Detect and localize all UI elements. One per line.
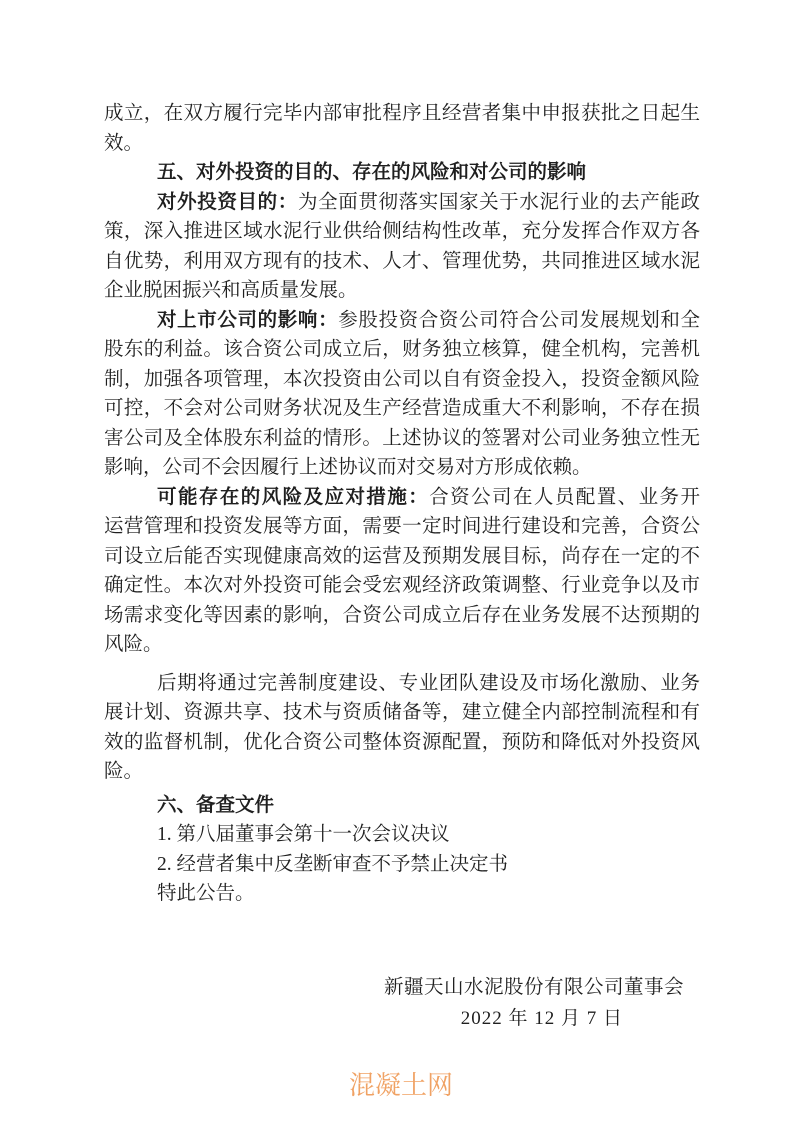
section-heading-6: 六、备查文件 <box>104 791 700 821</box>
paragraph-line: 对上市公司的影响：参股投资合资公司符合公司发展规划和全体 <box>104 306 700 336</box>
list-item: 2. 经营者集中反垄断审查不予禁止决定书 <box>104 850 700 880</box>
paragraph-line: 对外投资目的：为全面贯彻落实国家关于水泥行业的去产能政 <box>104 188 700 218</box>
site-watermark: 混凝土网 <box>349 1070 453 1100</box>
paragraph-line: 害公司及全体股东利益的情形。上述协议的签署对公司业务独立性无 <box>104 424 700 454</box>
paragraph-line: 险。 <box>104 757 700 787</box>
paragraph-line: 效的监督机制，优化合资公司整体资源配置，预防和降低对外投资风 <box>104 728 700 758</box>
paragraph-lead: 对上市公司的影响： <box>157 310 338 331</box>
paragraph-lead: 可能存在的风险及应对措施： <box>157 487 429 508</box>
paragraph-line: 确定性。本次对外投资可能会受宏观经济政策调整、行业竞争以及市 <box>104 571 700 601</box>
signature-company: 新疆天山水泥股份有限公司董事会 <box>104 972 700 1003</box>
paragraph-line: 效。 <box>104 129 700 159</box>
paragraph-line: 风险。 <box>104 630 700 660</box>
paragraph-lead: 对外投资目的： <box>157 192 298 213</box>
paragraph-line: 企业脱困振兴和高质量发展。 <box>104 276 700 306</box>
paragraph-line: 制，加强各项管理，本次投资由公司以自有资金投入，投资金额风险 <box>104 365 700 395</box>
paragraph-line: 运营管理和投资发展等方面，需要一定时间进行建设和完善，合资公 <box>104 512 700 542</box>
paragraph-text: 为全面贯彻落实国家关于水泥行业的去产能政 <box>298 192 700 213</box>
paragraph-line: 可能存在的风险及应对措施：合资公司在人员配置、业务开拓、 <box>104 483 700 513</box>
paragraph-line: 股东的利益。该合资公司成立后，财务独立核算，健全机构，完善机 <box>104 335 700 365</box>
document-content: 成立，在双方履行完毕内部审批程序且经营者集中申报获批之日起生 效。 五、对外投资… <box>104 99 700 1034</box>
closing-line: 特此公告。 <box>104 879 700 909</box>
paragraph-line: 策，深入推进区域水泥行业供给侧结构性改革，充分发挥合作双方各 <box>104 217 700 247</box>
spacer <box>104 909 700 972</box>
paragraph-line: 自优势，利用双方现有的技术、人才、管理优势，共同推进区域水泥 <box>104 247 700 277</box>
paragraph-line: 成立，在双方履行完毕内部审批程序且经营者集中申报获批之日起生 <box>104 99 700 129</box>
list-item: 1. 第八届董事会第十一次会议决议 <box>104 820 700 850</box>
paragraph-line: 后期将通过完善制度建设、专业团队建设及市场化激励、业务发 <box>104 669 700 699</box>
paragraph-line: 影响，公司不会因履行上述协议而对交易对方形成依赖。 <box>104 453 700 483</box>
document-page: 成立，在双方履行完毕内部审批程序且经营者集中申报获批之日起生 效。 五、对外投资… <box>0 0 800 1131</box>
paragraph-line: 可控，不会对公司财务状况及生产经营造成重大不利影响，不存在损 <box>104 394 700 424</box>
paragraph-line: 展计划、资源共享、技术与资质储备等，建立健全内部控制流程和有 <box>104 698 700 728</box>
section-heading-5: 五、对外投资的目的、存在的风险和对公司的影响 <box>104 158 700 188</box>
paragraph-line: 场需求变化等因素的影响，合资公司成立后存在业务发展不达预期的 <box>104 601 700 631</box>
paragraph-line: 司设立后能否实现健康高效的运营及预期发展目标，尚存在一定的不 <box>104 542 700 572</box>
signature-date: 2022 年 12 月 7 日 <box>104 1003 700 1034</box>
